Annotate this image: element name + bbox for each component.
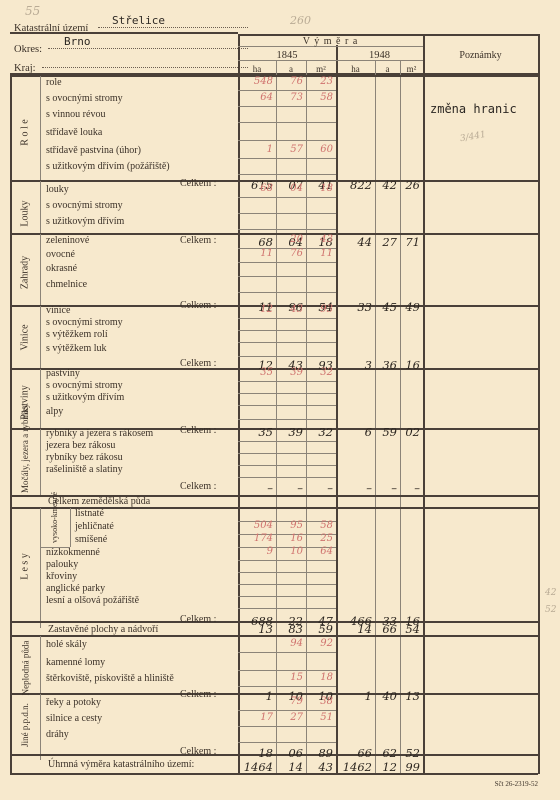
value-1845-ha: 35 bbox=[238, 367, 273, 378]
table-rule bbox=[238, 453, 336, 454]
value-1845-m2: 60 bbox=[306, 144, 333, 155]
value-1845-ha: 68 bbox=[238, 183, 273, 194]
form-footer-code: Sčt 26-2319-52 bbox=[495, 780, 538, 788]
value-1948-ha: 33 bbox=[336, 300, 372, 314]
table-rule bbox=[306, 60, 307, 774]
value-1948-a: 12 bbox=[375, 760, 397, 774]
row-label: s ovocnými stromy bbox=[46, 200, 123, 211]
table-rule bbox=[238, 90, 336, 91]
value-1845-a: 20 bbox=[276, 234, 303, 245]
unit-a-1948: a bbox=[375, 64, 400, 74]
value-1845-ha: 11 bbox=[238, 248, 273, 259]
table-rule bbox=[375, 60, 376, 774]
section-name: R o l e bbox=[20, 75, 31, 191]
value-1845-ha: 1 bbox=[238, 144, 273, 155]
value-1845-a: 14 bbox=[276, 760, 303, 774]
row-label: nízkokmenné bbox=[46, 547, 100, 558]
value-1845-m2: 32 bbox=[306, 425, 333, 439]
row-label: rybníky a jezera s rákosem bbox=[46, 428, 153, 439]
row-label: vinice bbox=[46, 305, 70, 316]
value-1845-ha: 17 bbox=[238, 712, 273, 723]
table-rule bbox=[238, 292, 336, 293]
table-rule bbox=[238, 419, 336, 420]
table-rule bbox=[238, 276, 336, 277]
value-1845-a: 94 bbox=[276, 638, 303, 649]
grand-total-label: Úhrnná výměra katastrálního území: bbox=[48, 759, 194, 770]
table-rule bbox=[10, 32, 238, 34]
table-rule bbox=[423, 34, 425, 774]
table-rule bbox=[238, 393, 336, 394]
table-rule bbox=[238, 572, 336, 573]
row-label: s výtěžkem rolí bbox=[46, 329, 108, 340]
row-label: smíšené bbox=[75, 534, 107, 545]
value-1948-ha: 3 bbox=[336, 358, 372, 372]
value-1845-a: 16 bbox=[276, 533, 303, 544]
table-rule bbox=[238, 356, 336, 357]
value-1845-a: 83 bbox=[276, 622, 303, 636]
value-1948-m2: 99 bbox=[400, 760, 420, 774]
value-1845-a: 95 bbox=[276, 520, 303, 531]
section-name: L e s y bbox=[20, 507, 31, 627]
row-label: pastviny bbox=[46, 368, 80, 379]
value-1845-a: 76 bbox=[276, 248, 303, 259]
table-rule bbox=[238, 158, 336, 159]
value-1845-ha: 35 bbox=[238, 425, 273, 439]
value-1948-ha: 6 bbox=[336, 425, 372, 439]
celkem-label: Celkem : bbox=[180, 178, 216, 189]
value-1948-m2: 49 bbox=[400, 300, 420, 314]
table-rule bbox=[40, 429, 41, 495]
row-label: holé skály bbox=[46, 639, 87, 650]
value-1845-m2: 38 bbox=[306, 696, 333, 707]
row-label: s výtěžkem luk bbox=[46, 343, 107, 354]
row-label: s vinnou révou bbox=[46, 109, 105, 120]
value-1845-m2: 43 bbox=[306, 760, 333, 774]
value-1948-m2: 13 bbox=[400, 689, 420, 703]
celkem-label: Celkem : bbox=[180, 614, 216, 625]
kraj-field: Kraj: bbox=[14, 56, 232, 70]
row-label: ovocné bbox=[46, 249, 75, 260]
year-1845-header: 1845 bbox=[238, 50, 336, 61]
section-name: Neplodná půda bbox=[20, 634, 30, 701]
lesy-subgroup-label: vysoko-kmenné bbox=[51, 505, 59, 543]
table-rule bbox=[238, 596, 336, 597]
value-1948-ha: 1 bbox=[336, 689, 372, 703]
value-1948-a: 42 bbox=[375, 178, 397, 192]
table-rule bbox=[238, 465, 336, 466]
value-1948-ha: 14 bbox=[336, 622, 372, 636]
table-rule bbox=[10, 180, 538, 182]
value-1948-ha: – bbox=[336, 481, 372, 495]
table-rule bbox=[238, 710, 336, 711]
table-rule bbox=[10, 773, 538, 775]
row-label: rybníky bez rákosu bbox=[46, 452, 123, 463]
section-name: Vinice bbox=[20, 305, 31, 371]
value-1948-ha: 66 bbox=[336, 746, 372, 760]
value-1948-m2: 26 bbox=[400, 178, 420, 192]
value-1845-m2: 64 bbox=[306, 546, 333, 557]
row-label: střídavě louka bbox=[46, 127, 102, 138]
value-1845-ha: 9 bbox=[238, 546, 273, 557]
table-rule bbox=[238, 405, 336, 406]
celkem-label: Celkem : bbox=[180, 481, 216, 492]
table-rule bbox=[238, 726, 336, 727]
row-label: s ovocnými stromy bbox=[46, 93, 123, 104]
table-rule bbox=[10, 754, 538, 756]
value-1845-ha: – bbox=[238, 481, 273, 495]
vymera-header: V ý m ě r a bbox=[238, 36, 423, 47]
celkem-label: Celkem : bbox=[180, 746, 216, 757]
okres-value: Brno bbox=[64, 35, 91, 48]
celkem-label: Celkem : bbox=[180, 425, 216, 436]
table-rule bbox=[238, 262, 336, 263]
row-label: lesní a olšová požářiště bbox=[46, 595, 139, 606]
value-1845-a: 39 bbox=[276, 367, 303, 378]
row-label: křoviny bbox=[46, 571, 77, 582]
row-label: anglické parky bbox=[46, 583, 105, 594]
table-rule bbox=[238, 330, 336, 331]
value-1845-a: 76 bbox=[276, 76, 303, 87]
table-rule bbox=[238, 441, 336, 442]
row-label: jezera bez rákosu bbox=[46, 440, 115, 451]
row-label: s užitkovým dřívím bbox=[46, 392, 124, 403]
value-1948-m2: 52 bbox=[400, 746, 420, 760]
row-label: alpy bbox=[46, 406, 63, 417]
table-rule bbox=[238, 670, 336, 671]
table-rule bbox=[10, 693, 538, 695]
celkem-label: Celkem : bbox=[180, 689, 216, 700]
unit-m2-1948: m² bbox=[400, 64, 423, 74]
value-1845-m2: 18 bbox=[306, 672, 333, 683]
value-1845-a: 39 bbox=[276, 425, 303, 439]
value-1845-ha: 504 bbox=[238, 520, 273, 531]
value-1948-m2: 16 bbox=[400, 358, 420, 372]
table-rule bbox=[40, 306, 41, 372]
value-1845-m2: 43 bbox=[306, 234, 333, 245]
katastralni-uzemi-field: Katastrální území Střelice bbox=[14, 16, 232, 30]
row-label: kamenné lomy bbox=[46, 657, 105, 668]
value-1845-m2: 58 bbox=[306, 520, 333, 531]
section-label: Zastavěné plochy a nádvoří bbox=[48, 624, 158, 635]
row-label: okrasné bbox=[46, 263, 77, 274]
celkem-label: Celkem : bbox=[180, 358, 216, 369]
table-rule bbox=[238, 686, 336, 687]
table-rule bbox=[238, 197, 336, 198]
remark-zmena-hranic: změna hranic bbox=[430, 102, 517, 116]
row-label: chmelnice bbox=[46, 279, 87, 290]
table-rule bbox=[238, 608, 336, 609]
value-1845-m2: 23 bbox=[306, 76, 333, 87]
section-label: Celkem zemědělská půda bbox=[48, 496, 150, 507]
value-1948-ha: 44 bbox=[336, 235, 372, 249]
year-1948-header: 1948 bbox=[336, 50, 423, 61]
value-1948-a: 66 bbox=[375, 622, 397, 636]
value-1948-a: 27 bbox=[375, 235, 397, 249]
value-1948-a: 62 bbox=[375, 746, 397, 760]
value-1948-a: 59 bbox=[375, 425, 397, 439]
row-label: louky bbox=[46, 184, 69, 195]
row-label: štěrkoviště, pískoviště a hliniště bbox=[46, 673, 174, 684]
value-1845-m2: 25 bbox=[306, 533, 333, 544]
table-rule bbox=[70, 508, 71, 547]
pencil-margin-42: 42 bbox=[545, 588, 556, 598]
table-rule bbox=[238, 174, 336, 175]
row-label: zeleninové bbox=[46, 235, 89, 246]
table-rule bbox=[336, 45, 338, 774]
value-1845-m2: 51 bbox=[306, 712, 333, 723]
table-rule bbox=[238, 122, 336, 123]
value-1948-a: 45 bbox=[375, 300, 397, 314]
value-1845-a: 79 bbox=[276, 696, 303, 707]
value-1948-m2: 02 bbox=[400, 425, 420, 439]
okres-label: Okres: bbox=[14, 44, 42, 55]
table-rule bbox=[238, 140, 336, 141]
value-1948-ha: 1462 bbox=[336, 760, 372, 774]
pencil-mark-260: 260 bbox=[290, 14, 311, 27]
value-1948-ha: 822 bbox=[336, 178, 372, 192]
unit-m2-1845: m² bbox=[306, 64, 336, 74]
table-rule bbox=[238, 213, 336, 214]
table-rule bbox=[238, 342, 336, 343]
table-rule bbox=[238, 106, 336, 107]
row-label: role bbox=[46, 77, 62, 88]
table-rule bbox=[238, 560, 336, 561]
value-1948-m2: – bbox=[400, 481, 420, 495]
unit-ha-1845: ha bbox=[238, 64, 276, 74]
value-1845-m2: 11 bbox=[306, 248, 333, 259]
value-1845-ha: 1 bbox=[238, 689, 273, 703]
value-1845-ha: 68 bbox=[238, 235, 273, 249]
value-1845-ha: 12 bbox=[238, 304, 273, 315]
table-rule bbox=[40, 234, 41, 314]
pencil-remark: 3/441 bbox=[459, 130, 486, 144]
row-label: s užitkovým dřívím (požářiště) bbox=[46, 161, 170, 172]
row-label: řeky a potoky bbox=[46, 697, 101, 708]
table-rule bbox=[10, 74, 12, 774]
table-rule bbox=[238, 229, 336, 230]
table-rule bbox=[238, 742, 336, 743]
table-rule bbox=[238, 477, 336, 478]
value-1845-ha: 174 bbox=[238, 533, 273, 544]
value-1845-a: 43 bbox=[276, 304, 303, 315]
row-label: s užitkovým dřívím bbox=[46, 216, 124, 227]
unit-ha-1948: ha bbox=[336, 64, 375, 74]
value-1845-ha: 13 bbox=[238, 622, 273, 636]
unit-a-1845: a bbox=[276, 64, 306, 74]
row-label: s ovocnými stromy bbox=[46, 380, 123, 391]
value-1948-m2: 71 bbox=[400, 235, 420, 249]
table-rule bbox=[40, 508, 41, 628]
value-1948-a: – bbox=[375, 481, 397, 495]
value-1845-a: 04 bbox=[276, 183, 303, 194]
celkem-label: Celkem : bbox=[180, 300, 216, 311]
value-1845-m2: – bbox=[306, 481, 333, 495]
value-1948-m2: 54 bbox=[400, 622, 420, 636]
table-rule bbox=[10, 75, 538, 77]
value-1948-a: 36 bbox=[375, 358, 397, 372]
section-name: Močály, jezera a rybníky bbox=[20, 427, 30, 493]
row-label: jehličnaté bbox=[75, 521, 114, 532]
table-rule bbox=[10, 635, 538, 637]
value-1845-a: – bbox=[276, 481, 303, 495]
section-name: Zahrady bbox=[20, 233, 31, 313]
katastralni-uzemi-value: Střelice bbox=[112, 14, 165, 27]
table-rule bbox=[538, 34, 540, 774]
row-label: silnice a cesty bbox=[46, 713, 102, 724]
table-rule bbox=[10, 305, 538, 307]
poznamky-header: Poznámky bbox=[423, 50, 538, 61]
row-label: palouky bbox=[46, 559, 78, 570]
row-label: listnaté bbox=[75, 508, 104, 519]
value-1845-a: 15 bbox=[276, 672, 303, 683]
value-1845-a: 27 bbox=[276, 712, 303, 723]
value-1845-m2: 93 bbox=[306, 304, 333, 315]
row-label: střídavě pastvina (úhor) bbox=[46, 145, 141, 156]
table-rule bbox=[10, 621, 538, 623]
table-rule bbox=[40, 694, 41, 760]
value-1845-m2: 59 bbox=[306, 622, 333, 636]
row-label: s ovocnými stromy bbox=[46, 317, 123, 328]
table-rule bbox=[40, 76, 41, 192]
value-1845-ha: 548 bbox=[238, 76, 273, 87]
value-1845-ha: 64 bbox=[238, 92, 273, 103]
value-1845-a: 10 bbox=[276, 546, 303, 557]
table-rule bbox=[238, 381, 336, 382]
table-rule bbox=[276, 60, 277, 774]
value-1845-a: 06 bbox=[276, 746, 303, 760]
row-label: rašeliniště a slatiny bbox=[46, 464, 123, 475]
okres-field: Okres: Brno bbox=[14, 37, 232, 51]
value-1845-a: 73 bbox=[276, 92, 303, 103]
value-1845-m2: 18 bbox=[306, 183, 333, 194]
section-name: Jiné p.p.d.n. bbox=[20, 692, 30, 758]
value-1845-m2: 32 bbox=[306, 367, 333, 378]
value-1845-m2: 89 bbox=[306, 746, 333, 760]
celkem-label: Celkem : bbox=[180, 235, 216, 246]
value-1948-a: 40 bbox=[375, 689, 397, 703]
value-1845-m2: 58 bbox=[306, 92, 333, 103]
value-1845-ha: 1464 bbox=[238, 760, 273, 774]
value-1845-a: 57 bbox=[276, 144, 303, 155]
table-rule bbox=[238, 318, 336, 319]
value-1845-m2: 92 bbox=[306, 638, 333, 649]
pencil-margin-52: 52 bbox=[545, 605, 556, 615]
value-1845-ha: 18 bbox=[238, 746, 273, 760]
table-rule bbox=[238, 584, 336, 585]
table-rule bbox=[10, 368, 538, 370]
row-label: dráhy bbox=[46, 729, 69, 740]
table-rule bbox=[238, 652, 336, 653]
table-rule bbox=[400, 60, 401, 774]
